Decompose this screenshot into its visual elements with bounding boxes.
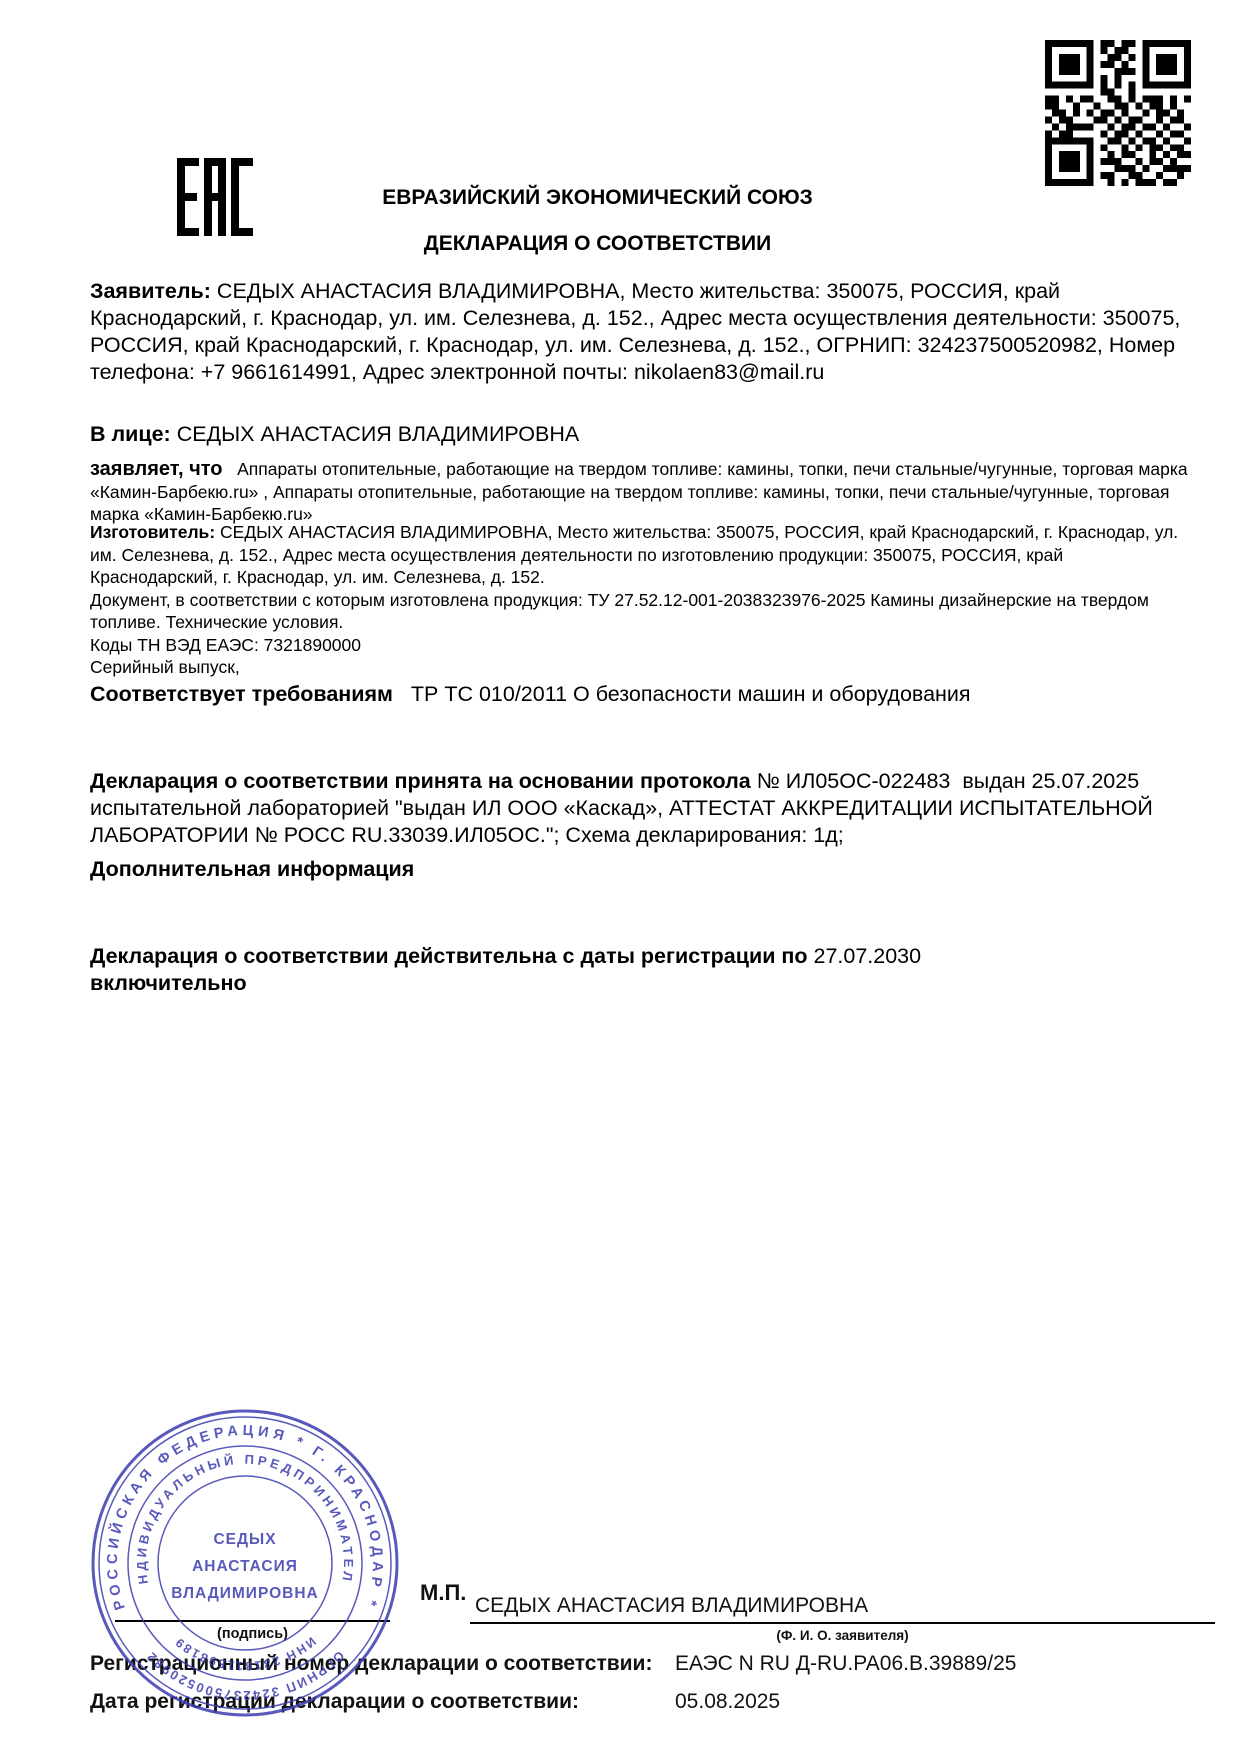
additional-info-label: Дополнительная информация — [90, 856, 1195, 883]
in-person-label: В лице: — [90, 422, 171, 446]
document-header: ЕВРАЗИЙСКИЙ ЭКОНОМИЧЕСКИЙ СОЮЗ ДЕКЛАРАЦИ… — [0, 186, 1195, 256]
applicant-name-value: СЕДЫХ АНАСТАСИЯ ВЛАДИМИРОВНА — [475, 1594, 868, 1618]
applicant-name-caption: (Ф. И. О. заявителя) — [470, 1628, 1215, 1643]
stamp-name-line-1: СЕДЫХ — [213, 1531, 276, 1548]
declares-text: Аппараты отопительные, работающие на тве… — [90, 459, 1193, 524]
manufacturer-text: СЕДЫХ АНАСТАСИЯ ВЛАДИМИРОВНА, Место жите… — [90, 522, 1183, 587]
union-title: ЕВРАЗИЙСКИЙ ЭКОНОМИЧЕСКИЙ СОЮЗ — [0, 186, 1195, 210]
product-document-text: Документ, в соответствии с которым изгот… — [90, 589, 1195, 634]
conforms-text: ТР ТС 010/2011 О безопасности машин и об… — [393, 682, 971, 706]
validity-suffix: включительно — [90, 970, 1195, 997]
conforms-label: Соответствует требованиям — [90, 682, 393, 706]
stamp-name-line-3: ВЛАДИМИРОВНА — [171, 1585, 318, 1602]
manufacturer-paragraph: Изготовитель: СЕДЫХ АНАСТАСИЯ ВЛАДИМИРОВ… — [90, 521, 1195, 679]
stamp-place-mark: М.П. — [420, 1580, 466, 1606]
validity-label: Декларация о соответствии действительна … — [90, 944, 808, 968]
serial-release-text: Серийный выпуск, — [90, 656, 1195, 679]
stamp-inn-text: ИНН 231811598189 — [172, 1634, 319, 1673]
validity-paragraph: Декларация о соответствии действительна … — [90, 943, 1195, 997]
in-person-paragraph: В лице: СЕДЫХ АНАСТАСИЯ ВЛАДИМИРОВНА — [90, 421, 1195, 448]
applicant-paragraph: Заявитель: СЕДЫХ АНАСТАСИЯ ВЛАДИМИРОВНА,… — [90, 278, 1195, 386]
qr-code — [1045, 40, 1191, 186]
manufacturer-label: Изготовитель: — [90, 522, 215, 542]
reg-number-value: ЕАЭС N RU Д-RU.РА06.В.39889/25 — [675, 1652, 1016, 1676]
applicant-label: Заявитель: — [90, 279, 211, 303]
declares-label: заявляет, что — [90, 458, 223, 480]
svg-text:ИНН 231811598189: ИНН 231811598189 — [172, 1634, 319, 1673]
stamp-name-line-2: АНАСТАСИЯ — [192, 1558, 298, 1575]
basis-label: Декларация о соответствии принята на осн… — [90, 769, 751, 793]
applicant-name-line — [470, 1622, 1215, 1624]
validity-date: 27.07.2030 — [808, 944, 922, 968]
in-person-text: СЕДЫХ АНАСТАСИЯ ВЛАДИМИРОВНА — [171, 422, 580, 446]
reg-date-value: 05.08.2025 — [675, 1690, 780, 1714]
round-stamp: РОССИЙСКАЯ ФЕДЕРАЦИЯ * Г. КРАСНОДАР * ОГ… — [88, 1398, 403, 1728]
applicant-text: СЕДЫХ АНАСТАСИЯ ВЛАДИМИРОВНА, Место жите… — [90, 279, 1186, 384]
tnved-codes-text: Коды ТН ВЭД ЕАЭС: 7321890000 — [90, 634, 1195, 657]
declares-paragraph: заявляет, что Аппараты отопительные, раб… — [90, 458, 1195, 526]
conforms-paragraph: Соответствует требованиям ТР ТС 010/2011… — [90, 681, 1195, 708]
basis-paragraph: Декларация о соответствии принята на осн… — [90, 768, 1195, 849]
declaration-title: ДЕКЛАРАЦИЯ О СООТВЕТСТВИИ — [0, 232, 1195, 256]
